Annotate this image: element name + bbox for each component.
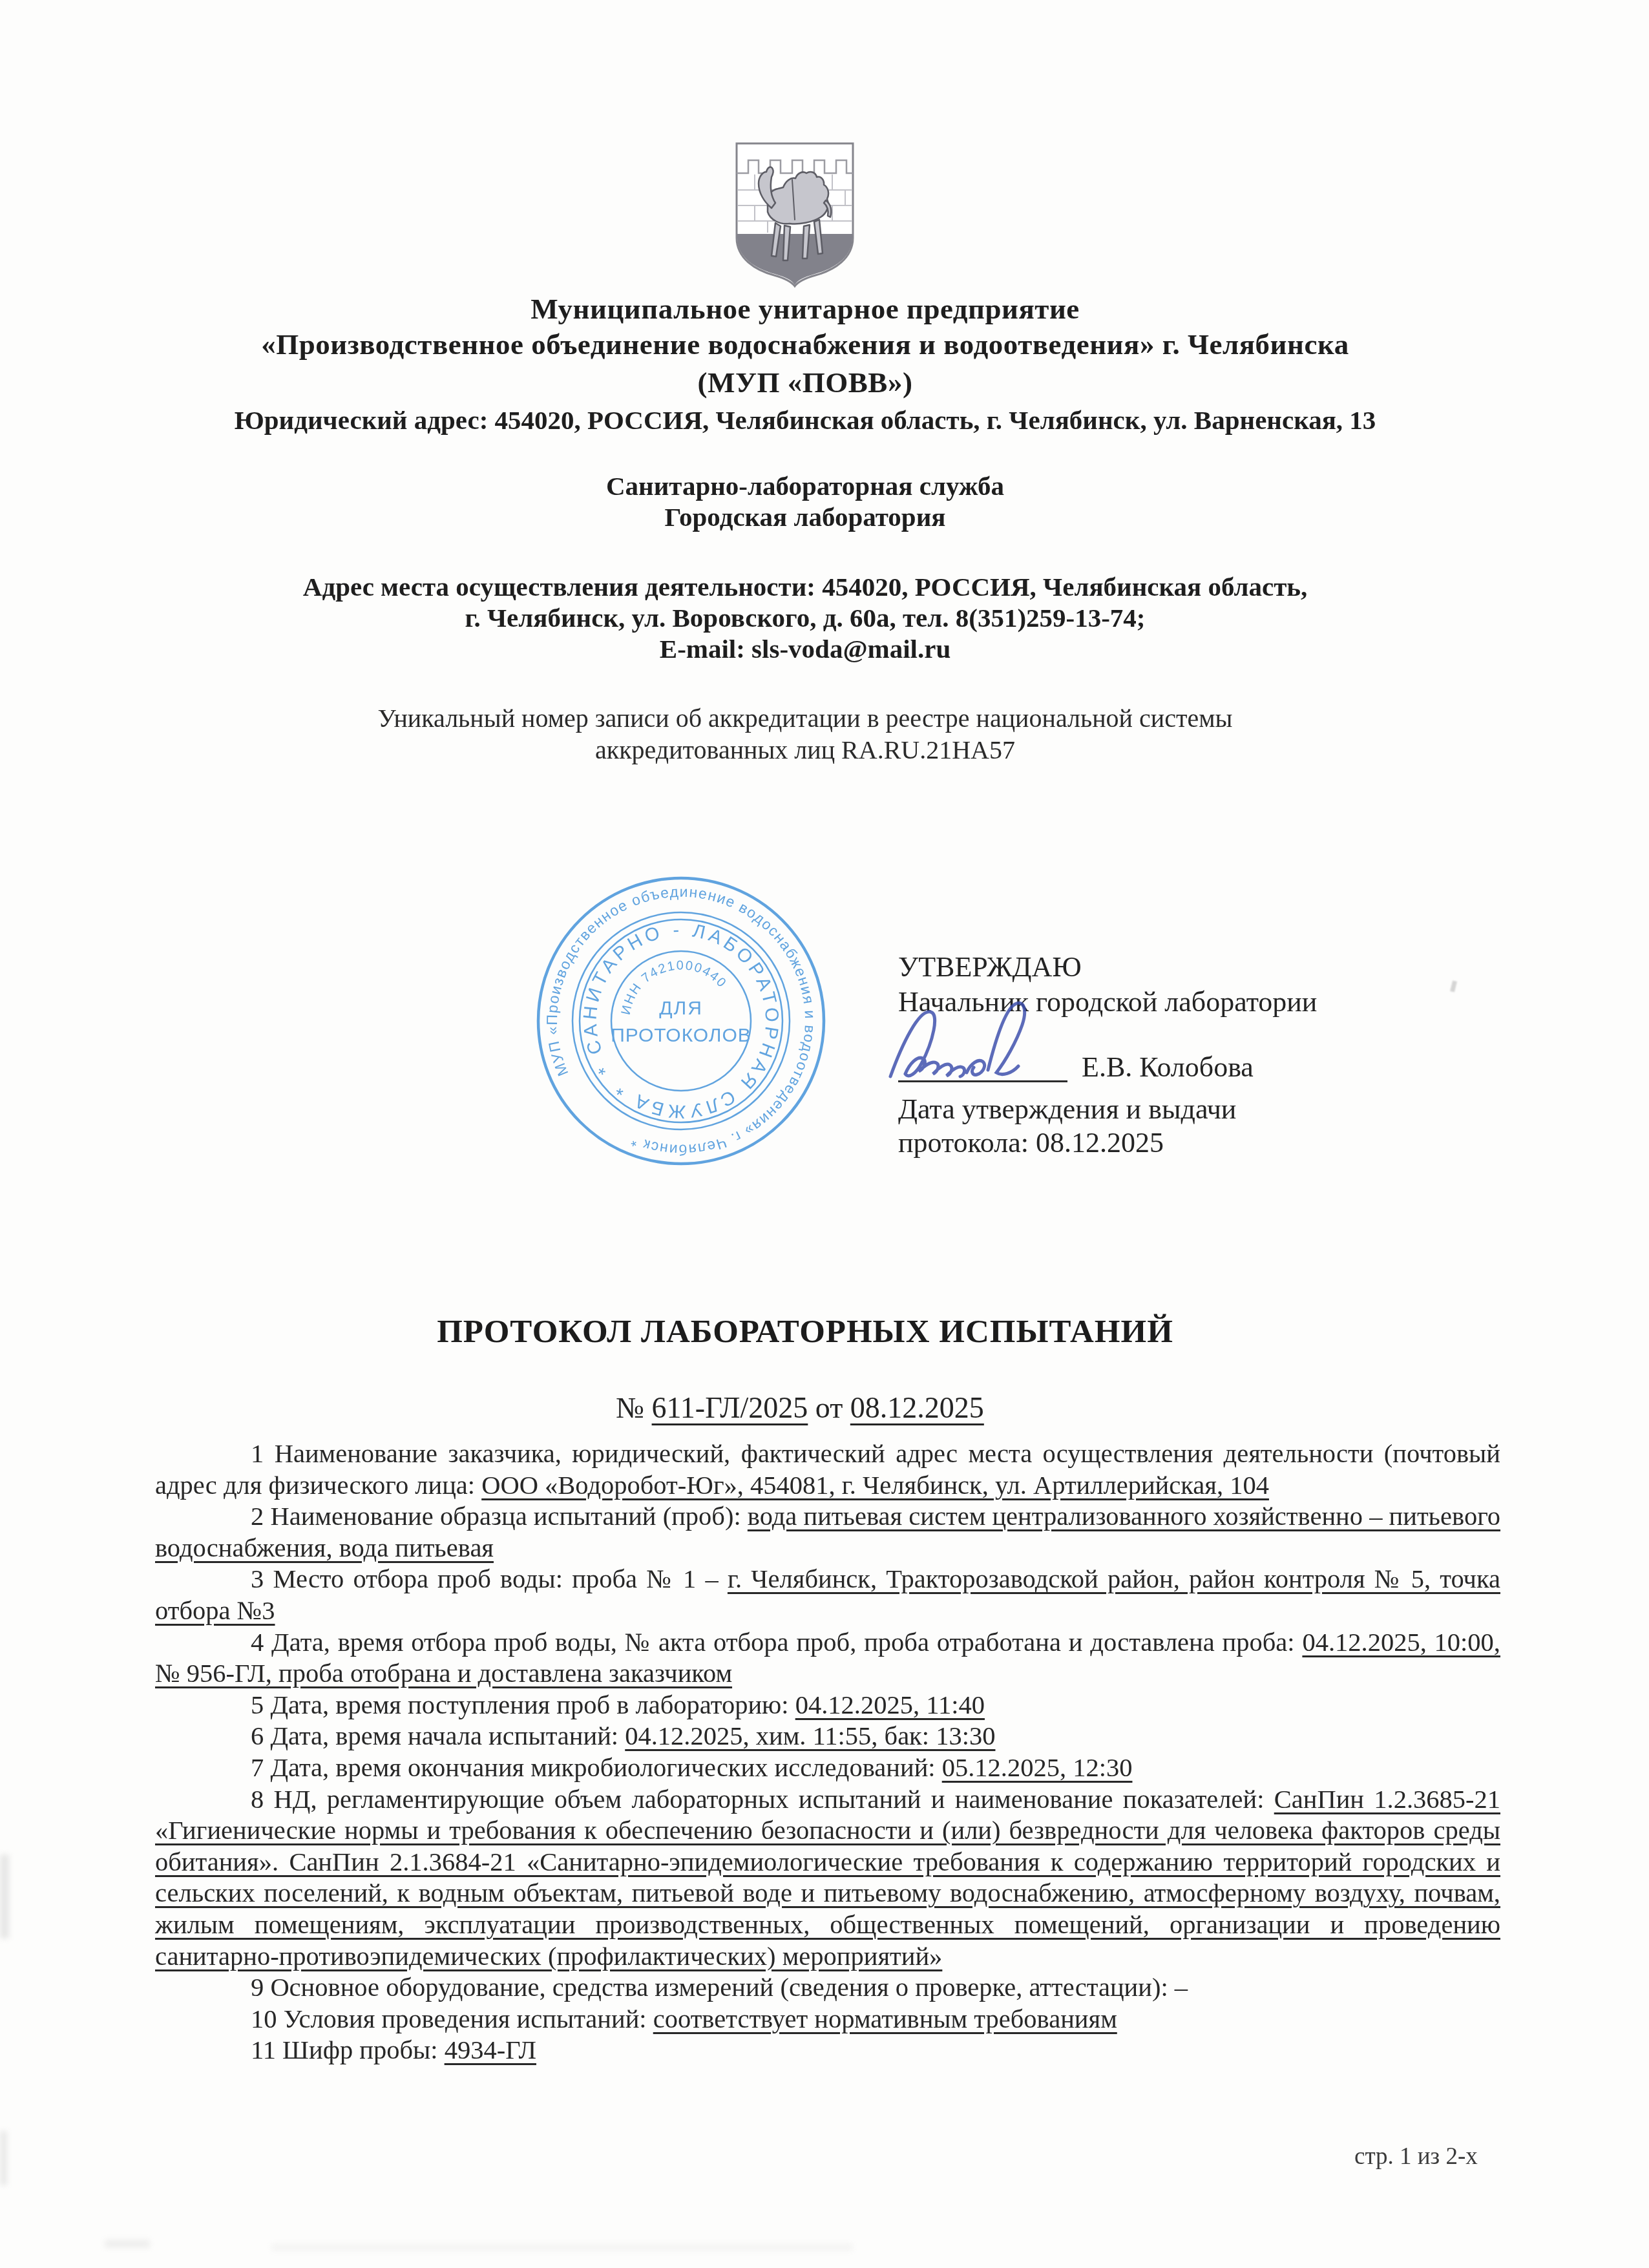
protocol-item-label: 3 Место отбора проб воды: проба № 1 – <box>251 1564 728 1593</box>
protocol-item-value: ООО «Водоробот-Юг», 454081, г. Челябинск… <box>481 1471 1269 1500</box>
protocol-item-label: 5 Дата, время поступления проб в лаборат… <box>251 1690 795 1719</box>
legal-address: Юридический адрес: 454020, РОССИЯ, Челяб… <box>0 404 1630 436</box>
protocol-item-value: 05.12.2025, 12:30 <box>942 1753 1133 1782</box>
protocol-date: 08.12.2025 <box>850 1391 984 1424</box>
shield-base-field <box>737 234 852 285</box>
page-number: стр. 1 из 2-х <box>1354 2143 1478 2170</box>
protocol-item: 9 Основное оборудование, средства измере… <box>155 1972 1500 2004</box>
approval-date-line1: Дата утверждения и выдачи <box>898 1093 1236 1126</box>
stamp-graphics: МУП «Производственное объединение водосн… <box>538 878 824 1164</box>
protocol-item: 11 Шифр пробы: 4934-ГЛ <box>155 2035 1500 2066</box>
protocol-item: 6 Дата, время начала испытаний: 04.12.20… <box>155 1721 1500 1752</box>
scan-artifact <box>105 2240 150 2248</box>
protocol-item-label: 7 Дата, время окончания микробиологическ… <box>251 1753 942 1782</box>
protocol-item-label: 8 НД, регламентирующие объем лабораторны… <box>251 1785 1274 1814</box>
protocol-item-label: 4 Дата, время отбора проб воды, № акта о… <box>251 1628 1302 1657</box>
document-title: ПРОТОКОЛ ЛАБОРАТОРНЫХ ИСПЫТАНИЙ <box>0 1313 1630 1350</box>
email-line: E-mail: sls-voda@mail.ru <box>0 633 1630 664</box>
laboratory-name: Городская лаборатория <box>0 501 1630 532</box>
approve-label: УТВЕРЖДАЮ <box>898 951 1082 983</box>
approval-date-line2: протокола: 08.12.2025 <box>898 1127 1164 1159</box>
scan-artifact <box>0 1854 9 1938</box>
scan-artifact <box>271 2243 853 2251</box>
document-page: Муниципальное унитарное предприятие «Про… <box>0 0 1649 2268</box>
round-stamp: МУП «Производственное объединение водосн… <box>534 874 828 1168</box>
number-separator: от <box>808 1391 850 1424</box>
protocol-item-label: 10 Условия проведения испытаний: <box>251 2004 653 2033</box>
stamp-center-line1: ДЛЯ <box>659 998 703 1019</box>
org-name-line2: «Производственное объединение водоснабже… <box>0 328 1630 361</box>
number-prefix: № <box>616 1391 651 1424</box>
protocol-item-value: 04.12.2025, хим. 11:55, бак: 13:30 <box>625 1721 995 1750</box>
protocol-items-section: 1 Наименование заказчика, юридический, ф… <box>155 1438 1500 2066</box>
protocol-item: 10 Условия проведения испытаний: соответ… <box>155 2004 1500 2035</box>
accreditation-line2: аккредитованных лиц RA.RU.21НА57 <box>0 735 1630 766</box>
protocol-item: 7 Дата, время окончания микробиологическ… <box>155 1752 1500 1784</box>
org-name-line1: Муниципальное унитарное предприятие <box>0 292 1630 326</box>
protocol-item: 5 Дата, время поступления проб в лаборат… <box>155 1690 1500 1721</box>
approver-name: Е.В. Колобова <box>1082 1053 1254 1082</box>
protocol-item: 8 НД, регламентирующие объем лабораторны… <box>155 1784 1500 1973</box>
protocol-item-value: 04.12.2025, 11:40 <box>795 1690 985 1719</box>
stamp-center-line2: ПРОТОКОЛОВ <box>611 1025 751 1046</box>
protocol-item-label: 11 Шифр пробы: <box>251 2035 445 2064</box>
protocol-item: 1 Наименование заказчика, юридический, ф… <box>155 1438 1500 1501</box>
accreditation-line1: Уникальный номер записи об аккредитации … <box>0 703 1630 734</box>
protocol-item-value: 4934-ГЛ <box>445 2035 536 2064</box>
protocol-item: 4 Дата, время отбора проб воды, № акта о… <box>155 1627 1500 1690</box>
scan-artifact <box>1450 980 1457 992</box>
protocol-item-label: 9 Основное оборудование, средства измере… <box>251 1973 1188 2002</box>
document-number-line: № 611-ГЛ/2025 от 08.12.2025 <box>0 1391 1624 1425</box>
protocol-item: 2 Наименование образца испытаний (проб):… <box>155 1501 1500 1564</box>
protocol-item: 3 Место отбора проб воды: проба № 1 – г.… <box>155 1564 1500 1626</box>
activity-address-line2: г. Челябинск, ул. Воровского, д. 60а, те… <box>0 602 1630 633</box>
service-name: Санитарно-лабораторная служба <box>0 470 1630 501</box>
coat-of-arms <box>729 136 861 288</box>
org-abbreviation: (МУП «ПОВВ») <box>0 366 1630 399</box>
scan-artifact <box>0 2131 7 2185</box>
protocol-item-label: 6 Дата, время начала испытаний: <box>251 1721 625 1750</box>
protocol-number: 611-ГЛ/2025 <box>652 1391 808 1424</box>
signature-line <box>898 1052 1067 1082</box>
protocol-item-value: соответствует нормативным требованиям <box>653 2004 1117 2033</box>
protocol-item-label: 2 Наименование образца испытаний (проб): <box>251 1502 748 1531</box>
activity-address-line1: Адрес места осуществления деятельности: … <box>0 571 1630 602</box>
